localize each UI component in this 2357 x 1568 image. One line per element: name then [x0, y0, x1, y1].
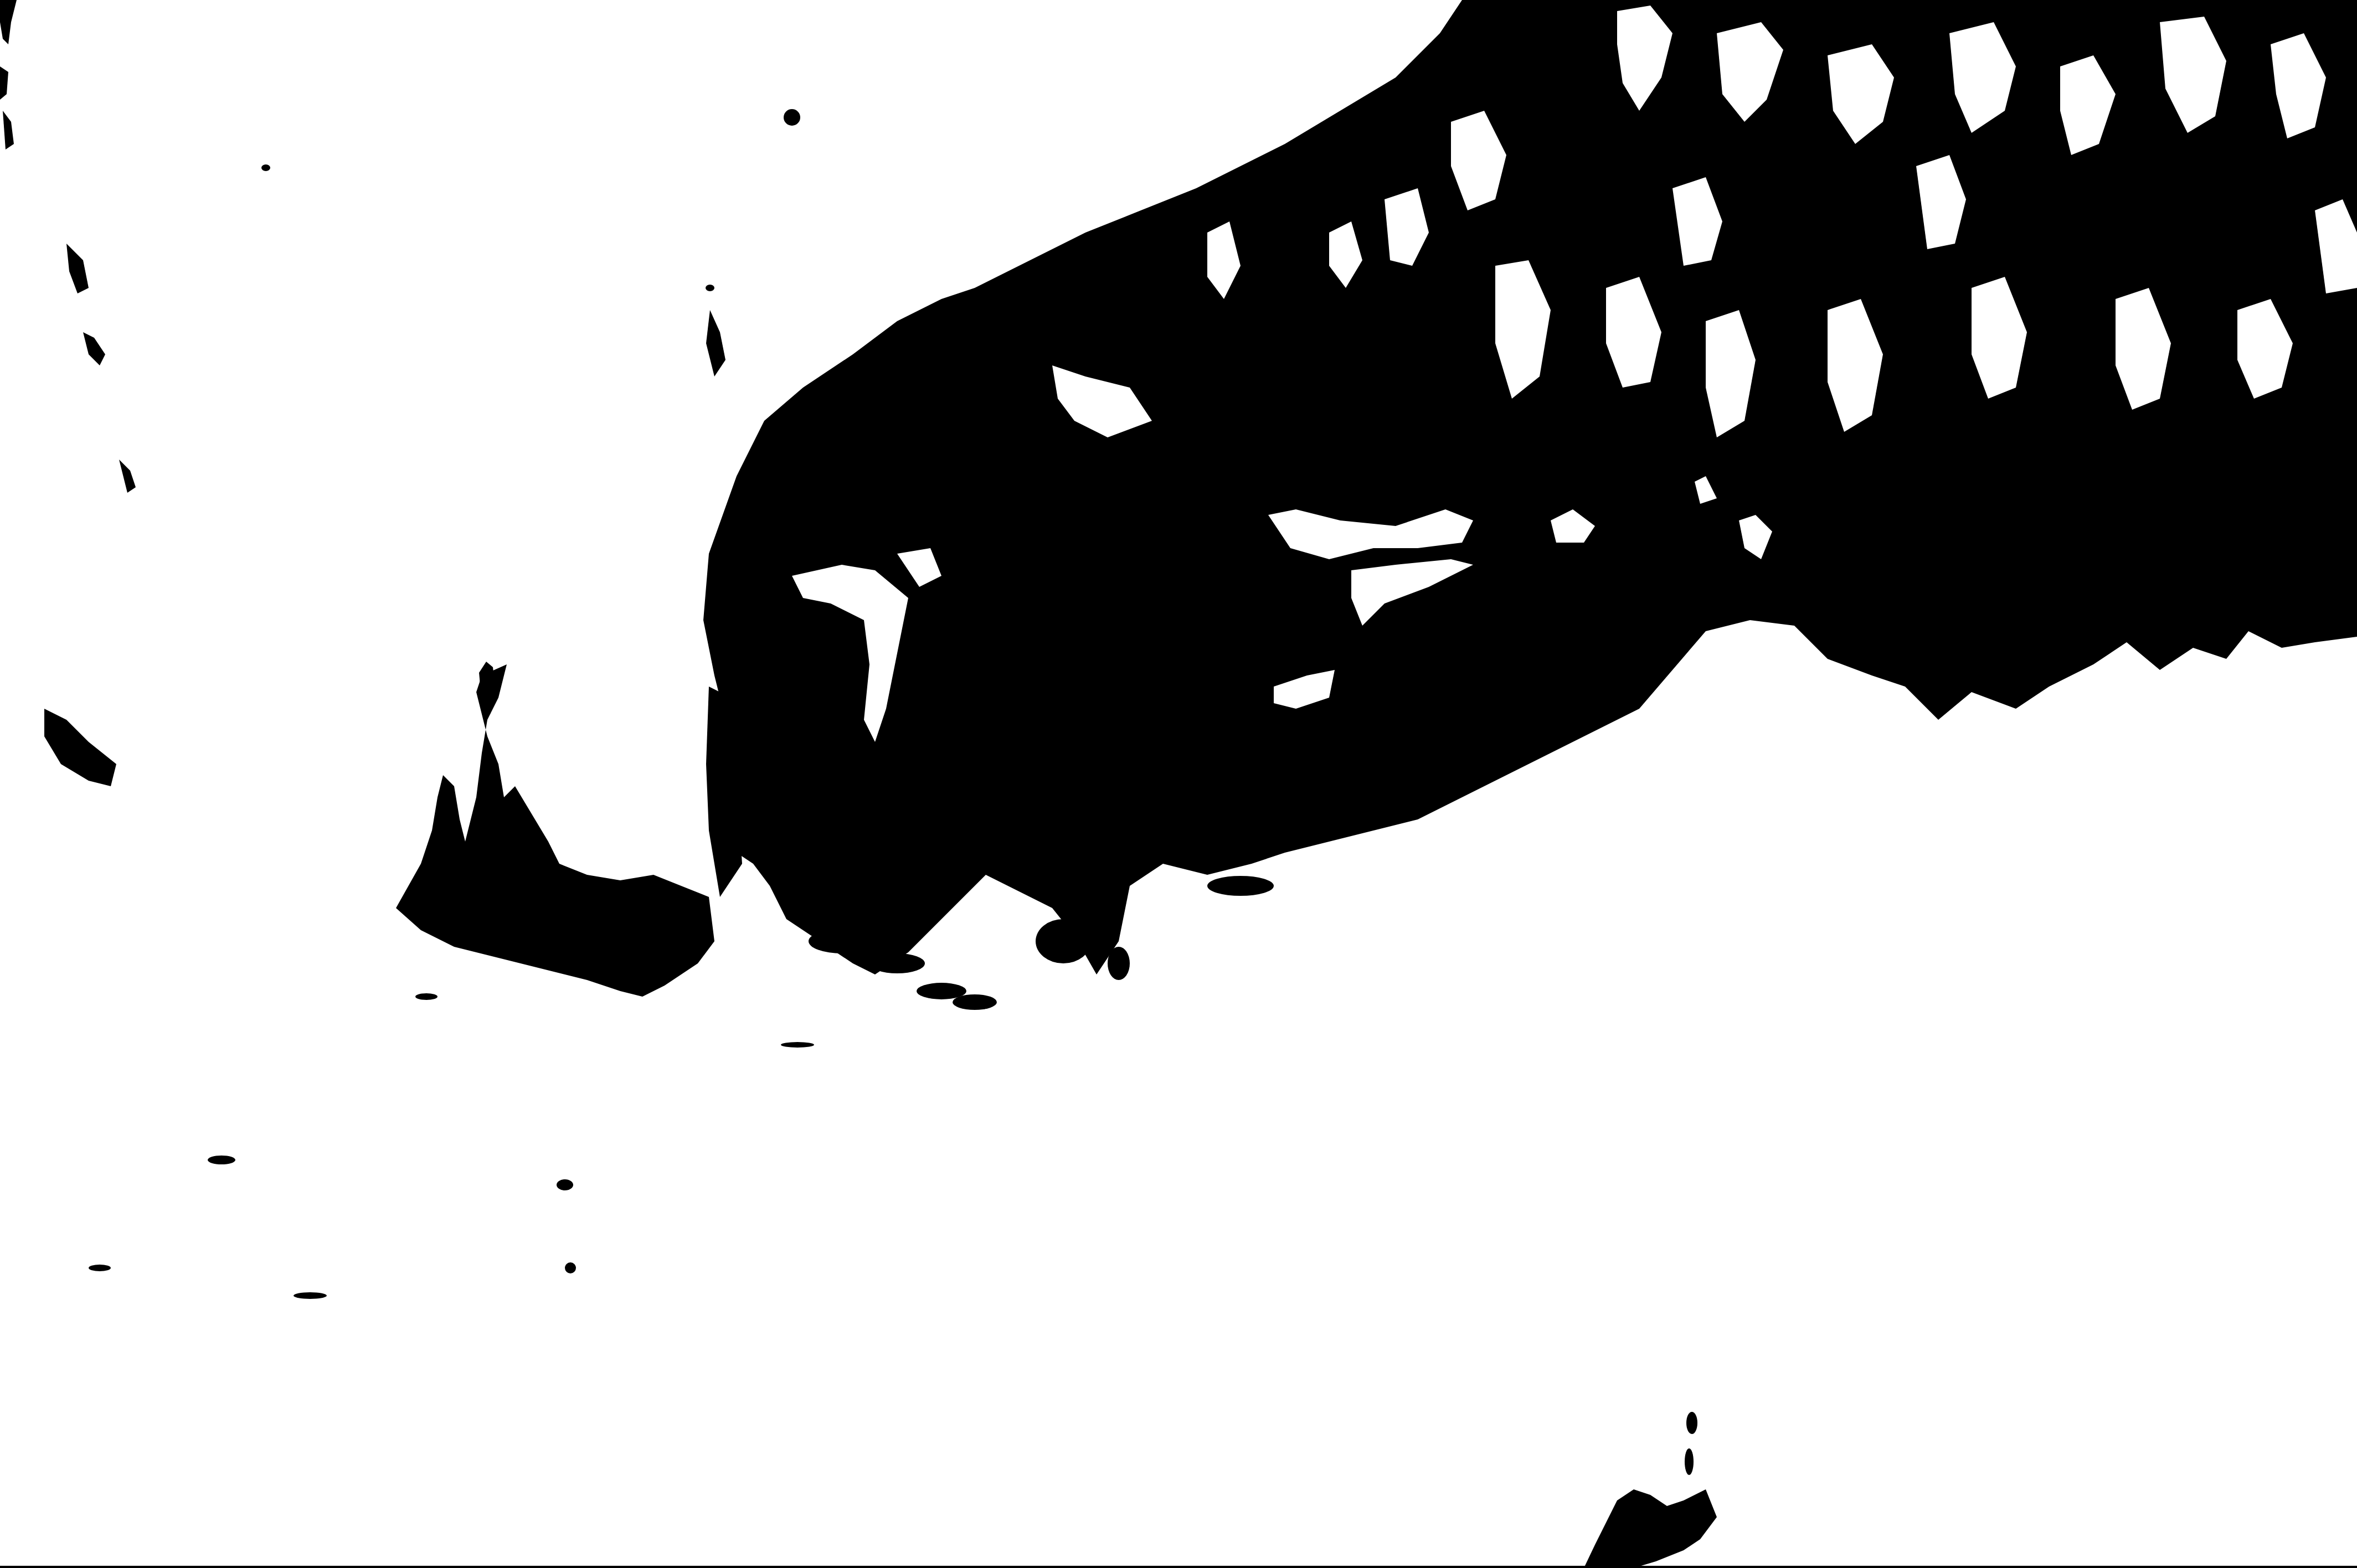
binarized-landscape-image: [0, 0, 2357, 1568]
